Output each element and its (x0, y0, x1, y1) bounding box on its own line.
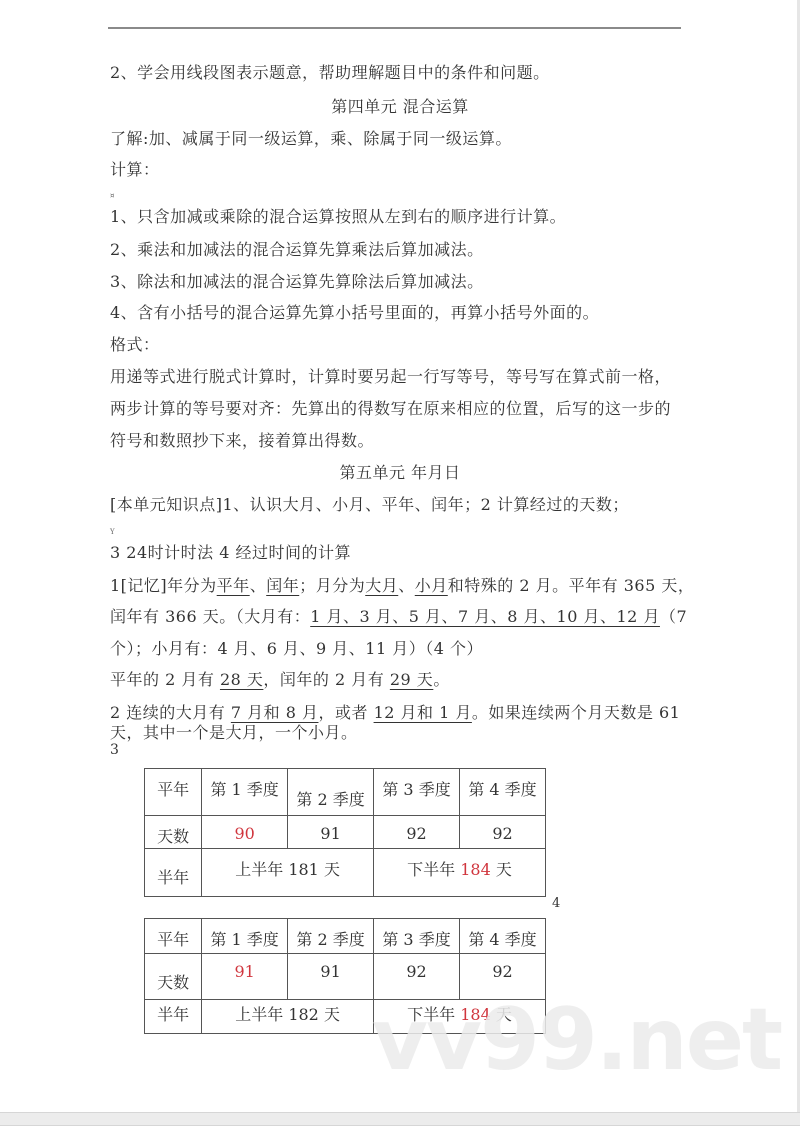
quarter-table-1: 平年 第 1 季度 第 2 季度 第 3 季度 第 4 季度 天数 90 91 … (144, 768, 546, 897)
knowledge-points-cont: 3 24时计时法 4 经过时间的计算 (110, 540, 351, 563)
table-cell: 90 (202, 816, 288, 849)
format-label: 格式： (110, 332, 160, 355)
paragraph: 了解:加、减属于同一级运算，乘、除属于同一级运算。 (110, 126, 512, 149)
table-cell: 91 (202, 954, 288, 1000)
row-label: 半年 (145, 1000, 202, 1034)
paragraph: 2、学会用线段图表示题意，帮助理解题目中的条件和问题。 (110, 60, 550, 83)
memory-line-1: 1[记忆]年分为平年、闰年；月分为大月、小月和特殊的 2 月。平年有 365 天… (110, 573, 694, 596)
row-label: 半年 (145, 849, 202, 897)
page-separator-bar (0, 1112, 800, 1126)
header-rule (108, 27, 681, 29)
first-half-cell: 上半年 181 天 (202, 849, 374, 897)
table-cell: 92 (460, 816, 546, 849)
table-corner: 平年 (145, 919, 202, 954)
document-page: 2、学会用线段图表示题意，帮助理解题目中的条件和问题。 第四单元 混合运算 了解… (0, 0, 800, 1112)
table-cell: 91 (288, 954, 374, 1000)
table-header: 第 3 季度 (374, 919, 460, 954)
table-header: 第 1 季度 (202, 919, 288, 954)
second-half-cell: 下半年 184 天 (374, 849, 546, 897)
stray-mark: Y (110, 528, 115, 536)
paragraph: 用递等式进行脱式计算时，计算时要另起一行写等号，等号写在算式前一格， (110, 364, 671, 387)
page-number: 4 (552, 896, 561, 911)
table-header: 第 2 季度 (288, 769, 374, 816)
table-header: 第 1 季度 (202, 769, 288, 816)
unit4-title: 第四单元 混合运算 (0, 94, 800, 117)
consecutive-line-2: 天，其中一个是大月，一个小月。 (110, 720, 358, 743)
rule-item: 2、乘法和加减法的混合运算先算乘法后算加减法。 (110, 237, 484, 260)
memory-line-2: 闰年有 366 天。（大月有：1 月、3 月、5 月、7 月、8 月、10 月、… (110, 604, 687, 627)
paragraph: 符号和数照抄下来，接着算出得数。 (110, 428, 374, 451)
row-label: 天数 (145, 816, 202, 849)
table-corner: 平年 (145, 769, 202, 816)
paragraph: 两步计算的等号要对齐：先算出的得数写在原来相应的位置，后写的这一步的 (110, 396, 671, 419)
stray-mark: ¤ (110, 192, 114, 200)
rule-item: 1、只含加减或乘除的混合运算按照从左到右的顺序进行计算。 (110, 204, 566, 227)
item-number: 3 (110, 742, 119, 758)
table-header: 第 3 季度 (374, 769, 460, 816)
table-cell: 91 (288, 816, 374, 849)
table-cell: 92 (374, 816, 460, 849)
memory-line-4: 平年的 2 月有 28 天，闰年的 2 月有 29 天。 (110, 667, 450, 690)
knowledge-points: [本单元知识点]1、认识大月、小月、平年、闰年；2 计算经过的天数； (110, 492, 629, 515)
paragraph: 计算： (110, 157, 160, 180)
row-label: 天数 (145, 954, 202, 1000)
table-header: 第 2 季度 (288, 919, 374, 954)
watermark: vv99.net (372, 990, 781, 1090)
rule-item: 3、除法和加减法的混合运算先算除法后算加减法。 (110, 269, 484, 292)
rule-item: 4、含有小括号的混合运算先算小括号里面的，再算小括号外面的。 (110, 300, 599, 323)
table-header: 第 4 季度 (460, 919, 546, 954)
table-header: 第 4 季度 (460, 769, 546, 816)
unit5-title: 第五单元 年月日 (0, 460, 800, 483)
first-half-cell: 上半年 182 天 (202, 1000, 374, 1034)
memory-line-3: 个）；小月有：4 月、6 月、9 月、11 月）（4 个） (110, 636, 483, 659)
